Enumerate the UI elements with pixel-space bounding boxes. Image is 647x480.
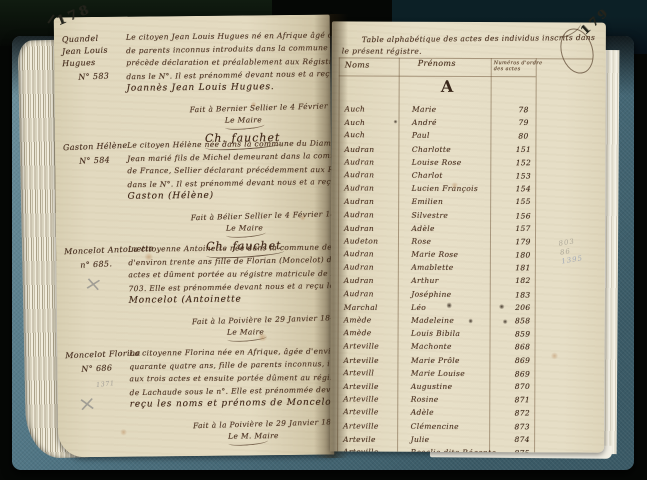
row-prenom: Clémencine <box>402 421 501 430</box>
entry-body: Le citoyen Hélène née dans la commune du… <box>127 137 332 204</box>
table-row: AudranLouise Rose152 <box>338 155 545 169</box>
row-prenom: Marie Louise <box>402 368 501 378</box>
row-num: 157 <box>501 224 545 233</box>
row-nom: Arteville <box>337 395 402 404</box>
entry-dateline: Fait à Bernier Sellier le 4 Février 1849 <box>190 101 331 114</box>
entry-margin: QuandelJean LouisHuguesN° 583 <box>62 33 126 82</box>
table-row: AudranJoséphine183 <box>338 287 545 302</box>
entry-line: reçu les noms et prénoms de Moncelot (Fl… <box>130 397 334 412</box>
entry-line: Joannès Jean Louis Hugues. <box>126 81 330 96</box>
column-header-numeros-line2: des actes <box>494 66 543 72</box>
row-prenom: Louise Rose <box>403 158 502 167</box>
row-prenom: Charlot <box>403 171 502 181</box>
foxing-spot <box>550 352 558 359</box>
margin-note: Gaston Hélène <box>63 140 127 154</box>
left-page: QuandelJean LouisHuguesN° 583Le citoyen … <box>54 15 335 458</box>
row-nom: Amède <box>338 316 403 325</box>
row-nom: Audran <box>338 249 403 259</box>
table-row: AudranEmilien155 <box>338 195 545 208</box>
act-number: N° 686 <box>65 363 129 375</box>
row-num: 182 <box>501 276 545 285</box>
table-row: AuchMarie78 <box>339 102 546 116</box>
row-num: 871 <box>500 395 544 404</box>
row-num: 872 <box>500 409 544 418</box>
row-num: 183 <box>501 290 545 299</box>
row-num: 181 <box>501 263 545 272</box>
entry-body: La citoyenne Florina née en Afrique, âgé… <box>129 345 334 412</box>
table-row: AudranMarie Rose180 <box>338 247 545 262</box>
entry-body: La citoyenne Antoinette née dans la comm… <box>128 241 333 308</box>
register-scan: QuandelJean LouisHuguesN° 583Le citoyen … <box>0 0 647 480</box>
row-prenom: Silvestre <box>403 210 502 220</box>
row-prenom: Julie <box>402 435 501 444</box>
row-nom: Audran <box>338 145 402 154</box>
row-num: 869 <box>501 369 545 378</box>
row-num: 152 <box>501 158 545 167</box>
row-nom: Arteville <box>337 356 401 365</box>
row-nom: Artevill <box>337 368 402 378</box>
row-prenom: Madeleine <box>402 316 501 325</box>
row-num: 858 <box>501 316 545 325</box>
table-row: ArtevilleAdèle872 <box>337 405 544 420</box>
row-prenom: Joséphine <box>402 289 501 299</box>
row-prenom: Marie <box>403 105 502 114</box>
table-row: ArtevilleMachonte868 <box>337 340 544 354</box>
row-num: 79 <box>502 118 546 127</box>
row-num: 873 <box>500 422 544 431</box>
row-prenom: Machonte <box>402 342 501 351</box>
row-prenom: Arthur <box>402 276 501 285</box>
margin-note: Hugues <box>62 56 126 70</box>
row-nom: Audran <box>338 210 403 220</box>
row-num: 151 <box>502 145 546 154</box>
row-num: 874 <box>500 435 544 444</box>
row-nom: Arteville <box>337 407 402 417</box>
row-nom: Audran <box>338 289 403 299</box>
margin-note: Moncelot Florina <box>65 348 129 362</box>
section-letter: A <box>427 77 469 96</box>
row-nom: Arteville <box>337 382 401 391</box>
column-header-numeros: Numéros d'ordre des actes <box>494 60 543 72</box>
entry-dateline: Fait à la Poivière le 29 Janvier 1849. <box>192 313 333 326</box>
row-num: 179 <box>501 237 545 246</box>
table-row: ArtevilleClémencine873 <box>337 419 544 433</box>
row-prenom: Lucien François <box>403 184 502 193</box>
entry-officer: Le Maire <box>225 115 285 130</box>
row-nom: Auch <box>338 131 403 141</box>
table-row: ArtevilleAugustine870 <box>337 380 544 393</box>
row-prenom: Adèle <box>402 408 501 418</box>
table-row: AudranAdèle157 <box>338 222 545 235</box>
entry-line: Gaston (Hélène) <box>128 189 332 204</box>
row-num: 868 <box>501 343 545 352</box>
row-nom: Audran <box>338 197 402 206</box>
column-header-prenoms: Prénoms <box>418 59 456 68</box>
entry-body: Le citoyen Jean Louis Hugues né en Afriq… <box>126 29 331 96</box>
row-num: 859 <box>501 330 545 339</box>
table-row: ArtevilleRosalie dite Régente875 <box>337 445 544 453</box>
row-nom: Auch <box>339 105 404 114</box>
row-num: 875 <box>500 448 544 452</box>
right-page: Table alphabétique des actes des individ… <box>330 21 606 452</box>
register-entry: Moncelot FlorinaN° 686La citoyenne Flori… <box>57 345 334 448</box>
table-row: AudetonRose179 <box>338 234 545 248</box>
row-nom: Arteville <box>337 421 402 430</box>
register-entry: QuandelJean LouisHuguesN° 583Le citoyen … <box>54 29 331 152</box>
act-number: N° 584 <box>63 155 127 167</box>
row-prenom: Amablette <box>402 263 501 272</box>
act-number: N° 583 <box>62 71 126 83</box>
row-prenom: Marie Prôle <box>402 356 501 365</box>
table-row: AmèdeLouis Bibila859 <box>338 326 545 341</box>
entry-dateline: Fait à Bélier Sellier le 4 Février 1849 <box>191 209 332 222</box>
row-num: 155 <box>501 197 545 206</box>
table-row: ArtevillMarie Louise869 <box>337 366 544 381</box>
row-prenom: Rose <box>402 237 501 246</box>
row-num: 80 <box>502 132 546 141</box>
entry-line: Moncelot (Antoinette <box>129 293 333 308</box>
row-nom: Artevile <box>337 435 401 444</box>
row-prenom: Charlotte <box>403 145 502 154</box>
table-row: ArtevileJulie874 <box>337 433 544 446</box>
entry-officer: Le M. Maire <box>228 431 288 446</box>
entry-officer: Le Maire <box>227 327 287 342</box>
table-row: AudranCharlot153 <box>338 168 545 183</box>
row-nom: Marchal <box>338 303 402 312</box>
table-row: AudranArthur182 <box>338 274 545 287</box>
row-nom: Audran <box>338 184 403 193</box>
table-row: AudranLucien François154 <box>338 182 545 196</box>
row-num: 206 <box>501 303 545 312</box>
table-title-line2: le présent régistre. <box>342 46 422 55</box>
pencil-margin-annotations: 803 86 1395 <box>558 236 584 266</box>
row-nom: Audran <box>338 276 402 285</box>
row-nom: Audran <box>338 224 402 233</box>
table-row: AudranCharlotte151 <box>338 142 545 155</box>
pencil-cross-mark: × <box>83 273 104 297</box>
table-row: AudranSilvestre156 <box>338 208 545 223</box>
entry-margin: Gaston HélèneN° 584 <box>63 141 127 166</box>
row-prenom: Emilien <box>403 197 502 206</box>
table-row: MarchalLéo206 <box>338 301 545 314</box>
row-num: 869 <box>501 356 545 365</box>
row-nom: Audran <box>338 263 403 272</box>
entry-officer: Le Maire <box>226 223 286 238</box>
row-prenom: Augustine <box>402 382 501 391</box>
row-prenom: Léo <box>402 303 501 312</box>
entry-margin: Moncelot Antoinetten° 685. <box>64 245 128 270</box>
row-nom: Audeton <box>338 236 403 245</box>
row-nom: Audran <box>338 157 403 166</box>
table-row: AudranAmablette181 <box>338 261 545 275</box>
row-prenom: Marie Rose <box>402 250 501 260</box>
table-rows: AuchMarie78AuchAndré79AuchPaul80AudranCh… <box>337 102 546 452</box>
row-prenom: Louis Bibila <box>402 329 501 339</box>
row-nom: Auch <box>338 118 402 127</box>
table-row: AuchPaul80 <box>338 128 545 143</box>
row-nom: Arteville <box>338 342 403 351</box>
pencil-cross-mark: × <box>77 392 98 416</box>
entry-margin: Moncelot FlorinaN° 686 <box>65 349 129 374</box>
row-num: 180 <box>501 251 545 260</box>
table-row: AuchAndré79 <box>338 116 545 129</box>
table-row: ArtevilleMarie Prôle869 <box>337 353 544 366</box>
row-prenom: Rosine <box>402 395 501 404</box>
entry-dateline: Fait à la Poivière le 29 Janvier 1849. <box>193 417 334 430</box>
row-nom: Audran <box>338 170 403 180</box>
row-prenom: Adèle <box>403 224 502 233</box>
row-num: 870 <box>501 382 545 391</box>
column-header-noms: Noms <box>345 60 370 69</box>
row-num: 153 <box>501 171 545 180</box>
row-prenom: André <box>403 118 502 127</box>
row-num: 78 <box>502 105 546 114</box>
row-nom: Amède <box>338 328 403 338</box>
row-num: 154 <box>501 184 545 193</box>
act-number: n° 685. <box>64 259 128 271</box>
margin-note: Moncelot Antoinette <box>64 244 128 258</box>
table-border-top <box>339 57 593 59</box>
row-num: 156 <box>501 211 545 220</box>
row-prenom: Paul <box>403 131 502 141</box>
